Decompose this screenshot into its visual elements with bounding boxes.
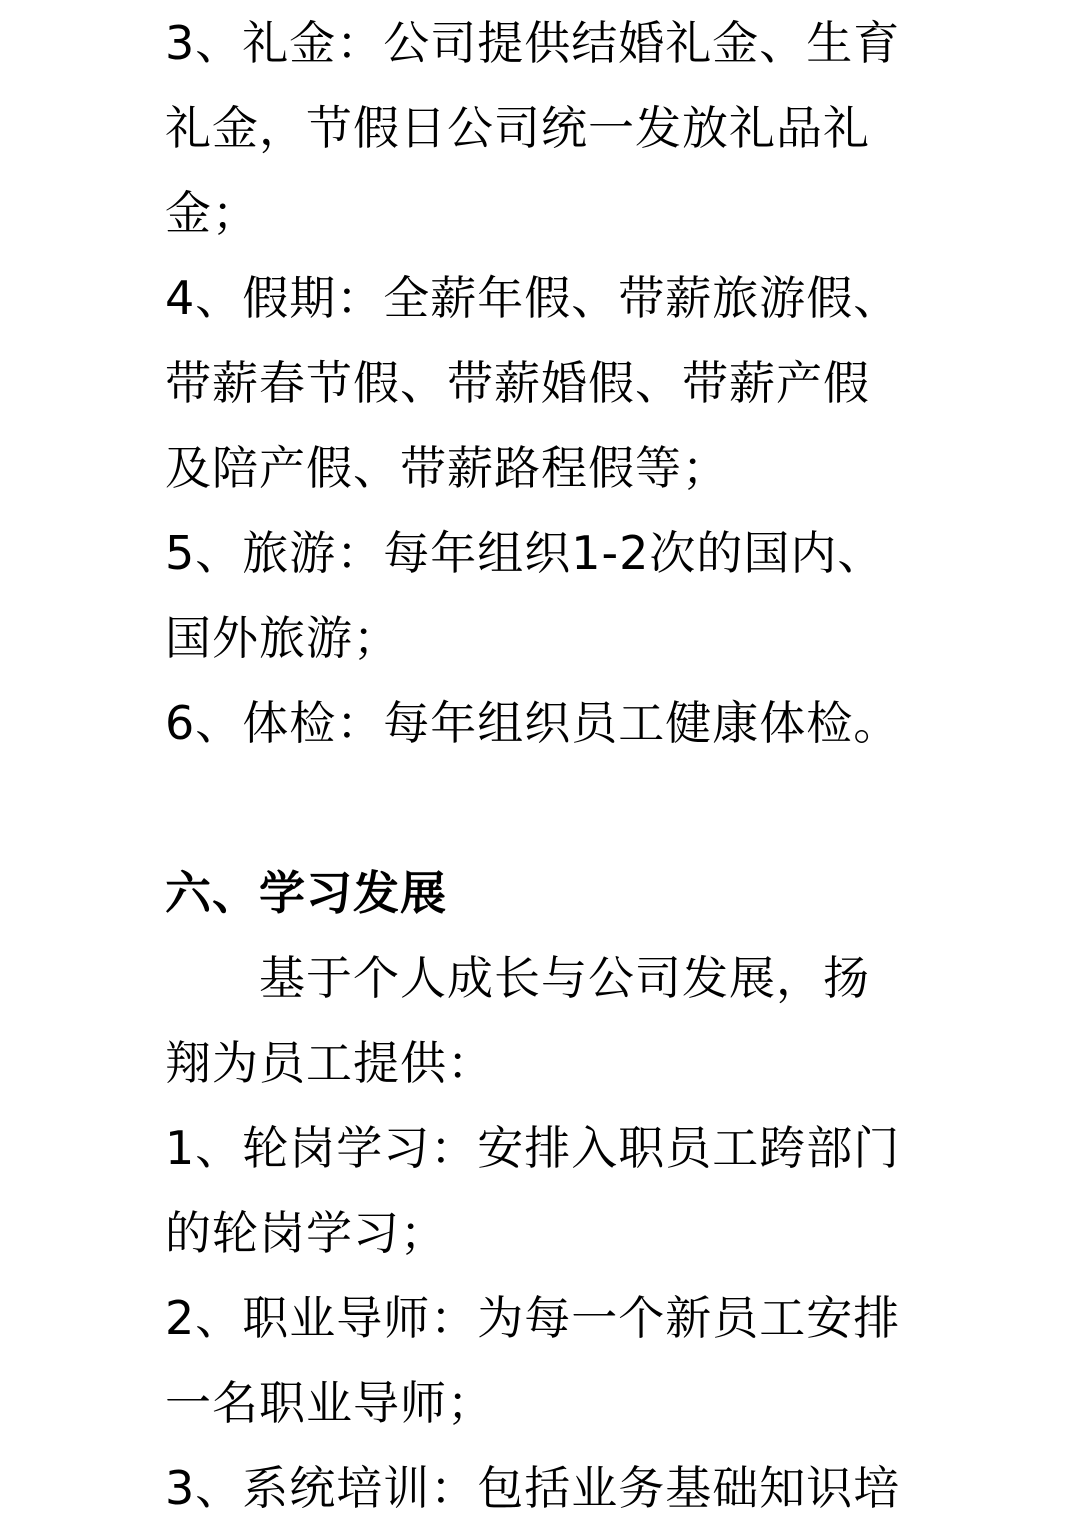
- benefit-item-3-line-2: 礼金，节假日公司统一发放礼品礼: [165, 98, 870, 158]
- benefit-item-3-line-3: 金；: [165, 183, 259, 243]
- section-heading-learning-development: 六、学习发展: [165, 863, 447, 923]
- benefit-item-5-line-2: 国外旅游；: [165, 608, 400, 668]
- benefit-item-5-line-1: 5、旅游：每年组织1-2次的国内、: [165, 523, 884, 583]
- learning-item-2-line-2: 一名职业导师；: [165, 1373, 494, 1433]
- section-intro-line-1: 基于个人成长与公司发展，扬: [165, 948, 870, 1008]
- benefit-item-6-line-1: 6、体检：每年组织员工健康体检。: [165, 693, 900, 753]
- learning-item-2-line-1: 2、职业导师：为每一个新员工安排: [165, 1288, 900, 1348]
- benefit-item-3-line-1: 3、礼金：公司提供结婚礼金、生育: [165, 13, 900, 73]
- benefit-item-4-line-3: 及陪产假、带薪路程假等；: [165, 438, 729, 498]
- learning-item-1-line-1: 1、轮岗学习：安排入职员工跨部门: [165, 1118, 900, 1178]
- learning-item-1-line-2: 的轮岗学习；: [165, 1203, 447, 1263]
- benefit-item-4-line-1: 4、假期：全薪年假、带薪旅游假、: [165, 268, 900, 328]
- section-intro-line-2: 翔为员工提供：: [165, 1033, 494, 1093]
- learning-item-3-line-1: 3、系统培训：包括业务基础知识培: [165, 1458, 900, 1518]
- benefit-item-4-line-2: 带薪春节假、带薪婚假、带薪产假: [165, 353, 870, 413]
